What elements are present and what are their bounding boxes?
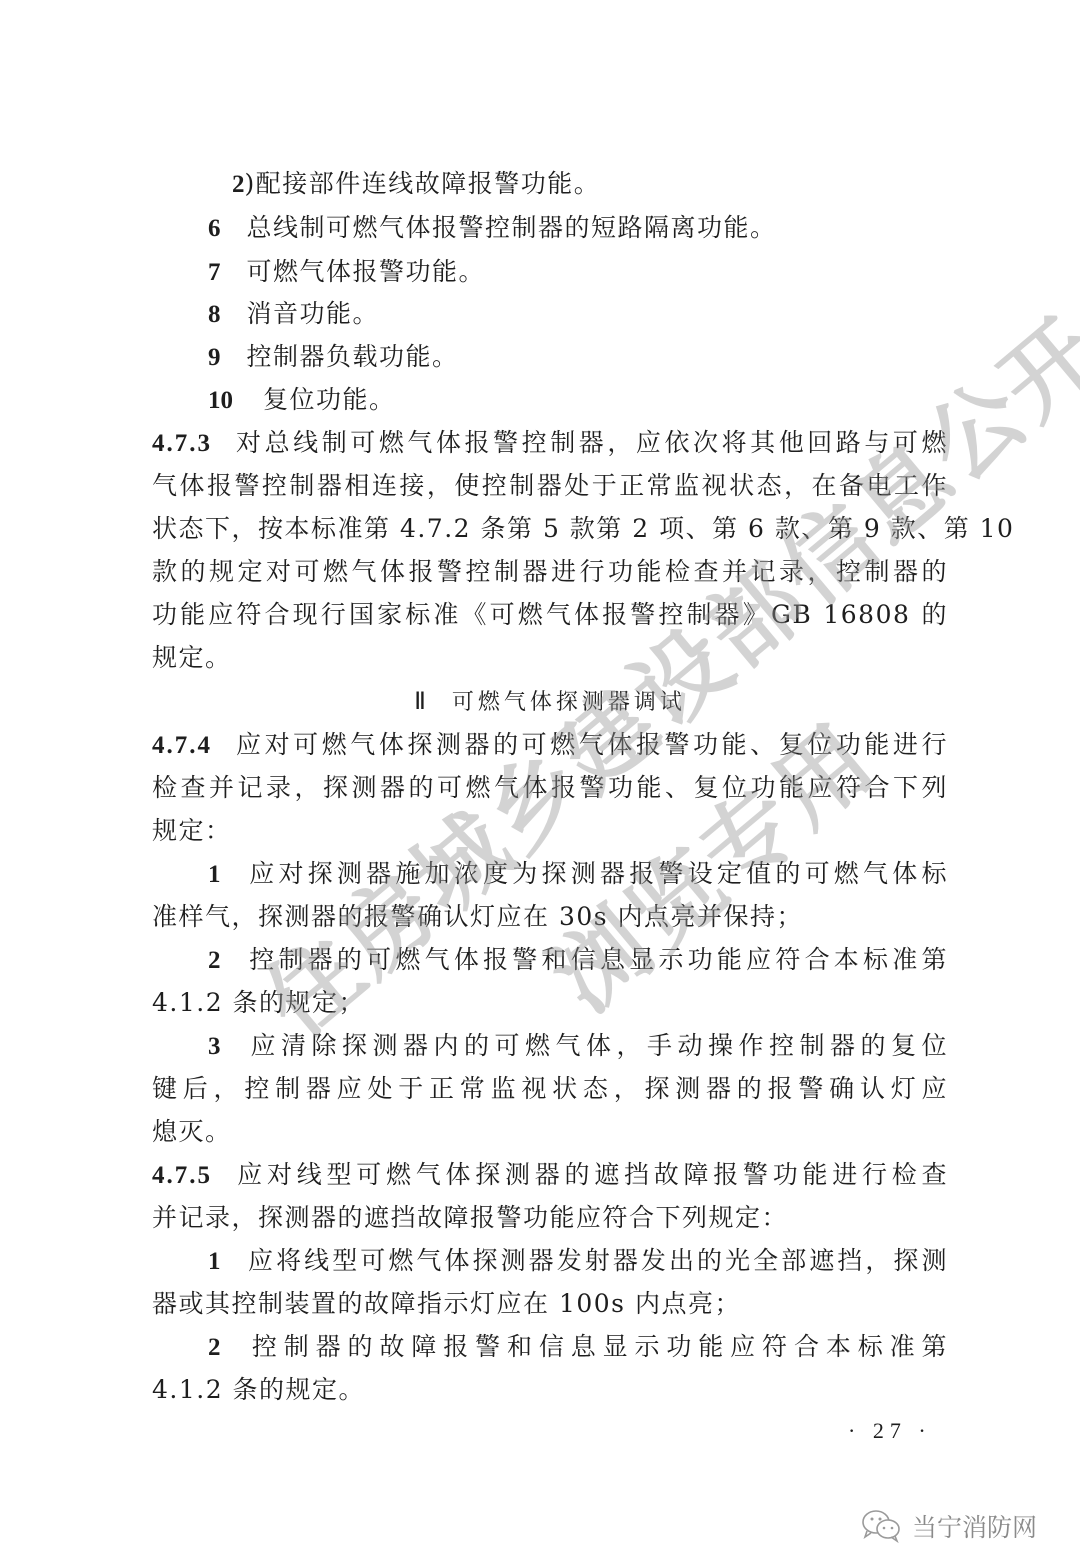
item-number: 10 [208, 387, 233, 414]
clause-4-7-3-line-1: 4.7.3对总线制可燃气体报警控制器，应依次将其他回路与可燃 [152, 427, 948, 460]
clause-4-7-5-line-2: 并记录，探测器的遮挡故障报警功能应符合下列规定： [152, 1202, 948, 1234]
clause-number: 4.7.4 [152, 732, 212, 759]
item-number: 3 [208, 1033, 221, 1060]
clause-4-7-3-line-5: 功能应符合现行国家标准《可燃气体报警控制器》GB 16808 的 [152, 599, 948, 631]
clause-4-7-4-line-1: 4.7.4应对可燃气体探测器的可燃气体报警功能、复位功能进行 [152, 729, 948, 762]
document-page: 2)配接部件连线故障报警功能。 6总线制可燃气体报警控制器的短路隔离功能。 7可… [0, 0, 1080, 1566]
clause-4-7-4-item-3-line-3: 熄灭。 [152, 1116, 948, 1148]
list-item-8: 8消音功能。 [208, 298, 1004, 331]
item-text: 可燃气体报警功能。 [247, 257, 486, 286]
clause-4-7-3-line-6: 规定。 [152, 642, 948, 674]
list-item-sub-2: 2)配接部件连线故障报警功能。 [232, 168, 1028, 201]
list-item-6: 6总线制可燃气体报警控制器的短路隔离功能。 [208, 212, 1004, 245]
clause-4-7-4-item-2-line-1: 2控制器的可燃气体报警和信息显示功能应符合本标准第 [208, 944, 948, 977]
section-heading: Ⅱ可燃气体探测器调试 [152, 686, 948, 719]
page-number: · 27 · [848, 1418, 932, 1444]
clause-4-7-4-line-3: 规定： [152, 815, 948, 847]
clause-4-7-4-item-3-line-1: 3应清除探测器内的可燃气体，手动操作控制器的复位 [208, 1030, 948, 1063]
item-text: 消音功能。 [247, 299, 380, 328]
clause-4-7-5-item-1-line-1: 1应将线型可燃气体探测器发射器发出的光全部遮挡，探测 [208, 1245, 948, 1278]
item-text: 控制器负载功能。 [247, 342, 459, 371]
clause-4-7-3-line-3: 状态下，按本标准第 4.7.2 条第 5 款第 2 项、第 6 款、第 9 款、… [152, 513, 948, 545]
item-text: )配接部件连线故障报警功能。 [245, 169, 601, 198]
clause-4-7-4-item-1-line-2: 准样气，探测器的报警确认灯应在 30s 内点亮并保持； [152, 901, 948, 933]
wechat-icon [860, 1508, 904, 1544]
clause-4-7-4-item-1-line-1: 1应对探测器施加浓度为探测器报警设定值的可燃气体标 [208, 858, 948, 891]
brand-name: 当宁消防网 [912, 1508, 1037, 1544]
clause-4-7-3-line-4: 款的规定对可燃气体报警控制器进行功能检查并记录，控制器的 [152, 556, 948, 588]
clause-4-7-5-line-1: 4.7.5应对线型可燃气体探测器的遮挡故障报警功能进行检查 [152, 1159, 948, 1192]
item-number: 1 [208, 1248, 221, 1275]
item-number: 2 [208, 1334, 221, 1361]
clause-4-7-4-item-2-line-2: 4.1.2 条的规定； [152, 987, 948, 1019]
clause-4-7-4-item-3-line-2: 键后，控制器应处于正常监视状态，探测器的报警确认灯应 [152, 1073, 948, 1105]
item-number: 8 [208, 301, 221, 328]
section-roman-numeral: Ⅱ [414, 689, 426, 715]
item-number: 6 [208, 215, 221, 242]
clause-4-7-5-item-2-line-2: 4.1.2 条的规定。 [152, 1374, 948, 1406]
item-text: 复位功能。 [263, 385, 396, 414]
list-item-10: 10复位功能。 [208, 384, 1004, 417]
item-text: 总线制可燃气体报警控制器的短路隔离功能。 [247, 213, 777, 242]
item-number: 9 [208, 344, 221, 371]
item-number: 7 [208, 259, 221, 286]
clause-4-7-4-line-2: 检查并记录，探测器的可燃气体报警功能、复位功能应符合下列 [152, 772, 948, 804]
section-title: 可燃气体探测器调试 [452, 690, 686, 715]
item-number: 2 [208, 947, 221, 974]
brand-footer: 当宁消防网 [860, 1508, 1037, 1544]
clause-4-7-5-item-2-line-1: 2控制器的故障报警和信息显示功能应符合本标准第 [208, 1331, 948, 1364]
clause-number: 4.7.3 [152, 430, 212, 457]
list-item-9: 9控制器负载功能。 [208, 341, 1004, 374]
clause-4-7-3-line-2: 气体报警控制器相连接，使控制器处于正常监视状态，在备电工作 [152, 470, 948, 502]
item-number: 1 [208, 861, 221, 888]
list-item-7: 7可燃气体报警功能。 [208, 256, 1004, 289]
item-number: 2 [232, 171, 245, 198]
clause-4-7-5-item-1-line-2: 器或其控制装置的故障指示灯应在 100s 内点亮； [152, 1288, 948, 1320]
clause-number: 4.7.5 [152, 1162, 212, 1189]
